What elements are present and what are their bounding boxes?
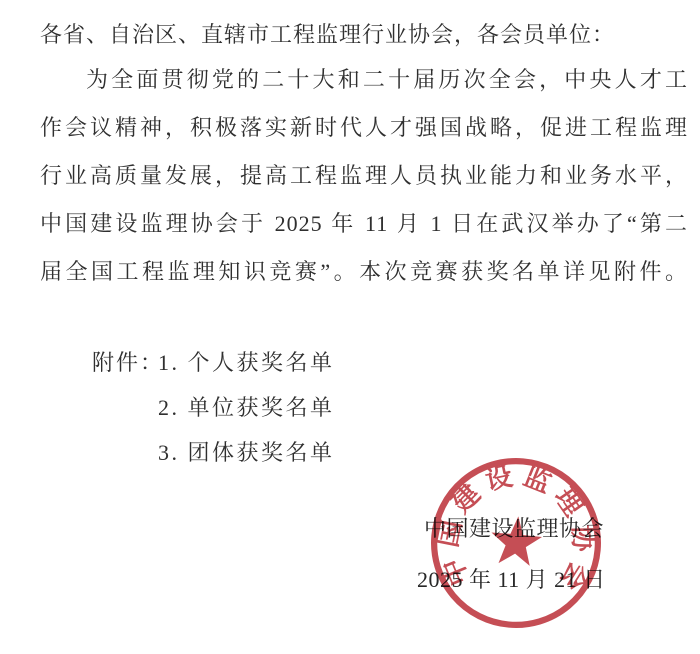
body-line: 届全国工程监理知识竞赛”。本次竞赛获奖名单详见附件。 (40, 248, 688, 296)
attachment-item: 3. 团体获奖名单 (158, 430, 335, 475)
signature-organization: 中国建设监理协会 (424, 512, 604, 543)
body-line: 为全面贯彻党的二十大和二十届历次全会，中央人才工 (40, 56, 688, 104)
attachment-item: 2. 单位获奖名单 (158, 385, 335, 430)
seal-ring-border (427, 454, 604, 631)
attachment-item: 1. 个人获奖名单 (158, 340, 335, 385)
body-line: 行业高质量发展，提高工程监理人员执业能力和业务水平， (40, 152, 688, 200)
attachment-list: 1. 个人获奖名单 2. 单位获奖名单 3. 团体获奖名单 (158, 340, 335, 475)
signature-date: 2025 年 11 月 21 日 (417, 563, 606, 594)
body-line: 中国建设监理协会于 2025 年 11 月 1 日在武汉举办了“第二 (40, 200, 688, 248)
official-seal-stamp: 中国建设监理协会 (420, 447, 613, 640)
attachment-label: 附件： (92, 340, 164, 385)
body-paragraph: 为全面贯彻党的二十大和二十届历次全会，中央人才工 作会议精神，积极落实新时代人才… (40, 56, 688, 296)
document-page: 各省、自治区、直辖市工程监理行业协会，各会员单位： 为全面贯彻党的二十大和二十届… (0, 0, 700, 654)
body-line: 作会议精神，积极落实新时代人才强国战略，促进工程监理 (40, 104, 688, 152)
salutation-line: 各省、自治区、直辖市工程监理行业协会，各会员单位： (40, 18, 615, 49)
